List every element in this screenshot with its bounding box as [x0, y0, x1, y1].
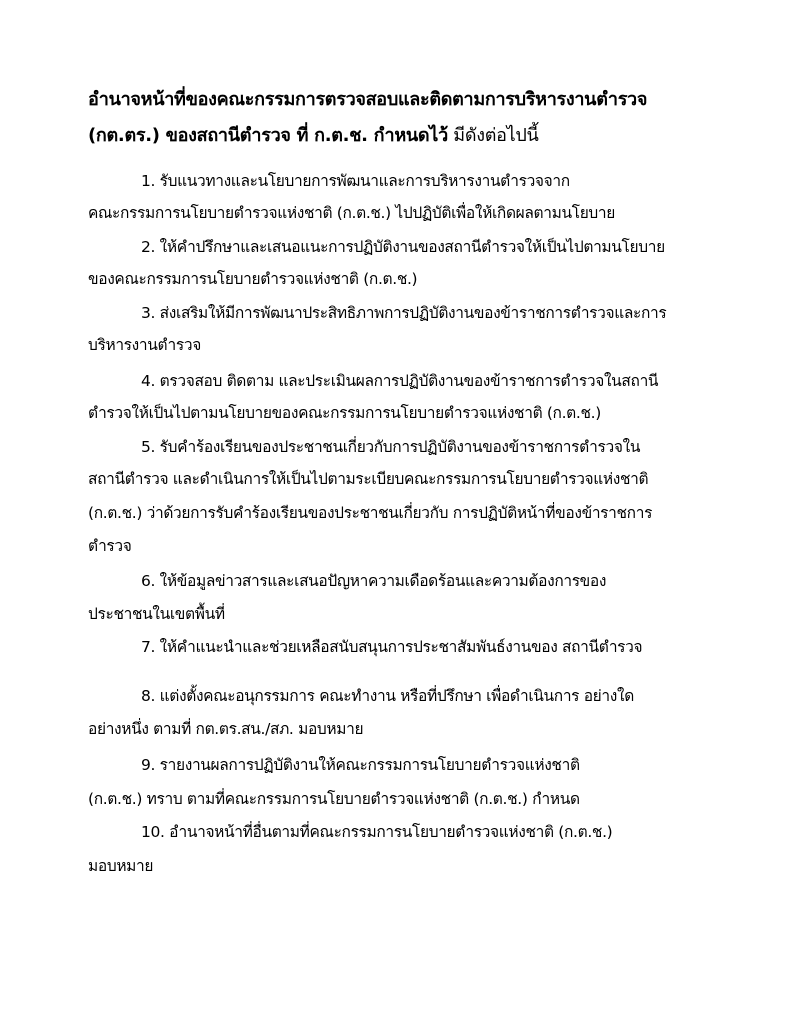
item-6-line-2: ประชาชนในเขตพื้นที่ [88, 601, 225, 626]
item-5-line-1: 5. รับคำร้องเรียนของประชาชนเกี่ยวกับการป… [141, 434, 640, 459]
title-normal-part: มีดังต่อไปนี้ [448, 125, 539, 146]
item-5-line-4: ตำรวจ [88, 533, 131, 558]
item-8-line-2: อย่างหนึ่ง ตามที่ กต.ตร.สน./สภ. มอบหมาย [88, 716, 363, 741]
item-8-line-1: 8. แต่งตั้งคณะอนุกรรมการ คณะทำงาน หรือที… [141, 683, 634, 708]
title-bold-part: (กต.ตร.) ของสถานีตำรวจ ที่ ก.ต.ช. กำหนดไ… [88, 125, 448, 146]
item-3-line-1: 3. ส่งเสริมให้มีการพัฒนาประสิทธิภาพการปฏ… [141, 300, 666, 325]
item-1-line-2: คณะกรรมการนโยบายตำรวจแห่งชาติ (ก.ต.ช.) ไ… [88, 200, 615, 225]
item-1-line-1: 1. รับแนวทางและนโยบายการพัฒนาและการบริหา… [141, 168, 570, 193]
document-title-line-1: อำนาจหน้าที่ของคณะกรรมการตรวจสอบและติดตา… [88, 84, 728, 113]
item-5-line-2: สถานีตำรวจ และดำเนินการให้เป็นไปตามระเบี… [88, 466, 648, 491]
item-9-line-1: 9. รายงานผลการปฏิบัติงานให้คณะกรรมการนโย… [141, 752, 580, 777]
item-4-line-2: ตำรวจให้เป็นไปตามนโยบายของคณะกรรมการนโยบ… [88, 400, 601, 425]
item-7-line-1: 7. ให้คำแนะนำและช่วยเหลือสนับสนุนการประช… [141, 634, 642, 659]
item-10-line-1: 10. อำนาจหน้าที่อื่นตามที่คณะกรรมการนโยบ… [141, 819, 612, 844]
item-4-line-1: 4. ตรวจสอบ ติดตาม และประเมินผลการปฏิบัติ… [141, 368, 658, 393]
item-9-line-2: (ก.ต.ช.) ทราบ ตามที่คณะกรรมการนโยบายตำรว… [88, 786, 580, 811]
item-6-line-1: 6. ให้ข้อมูลข่าวสารและเสนอปัญหาความเดือด… [141, 568, 606, 593]
item-2-line-1: 2. ให้คำปรึกษาและเสนอแนะการปฏิบัติงานของ… [141, 234, 665, 259]
item-2-line-2: ของคณะกรรมการนโยบายตำรวจแห่งชาติ (ก.ต.ช.… [88, 266, 417, 291]
item-5-line-3: (ก.ต.ช.) ว่าด้วยการรับคำร้องเรียนของประช… [88, 500, 652, 525]
item-3-line-2: บริหารงานตำรวจ [88, 332, 201, 357]
item-10-line-2: มอบหมาย [88, 853, 153, 878]
document-title-line-2: (กต.ตร.) ของสถานีตำรวจ ที่ ก.ต.ช. กำหนดไ… [88, 120, 728, 149]
